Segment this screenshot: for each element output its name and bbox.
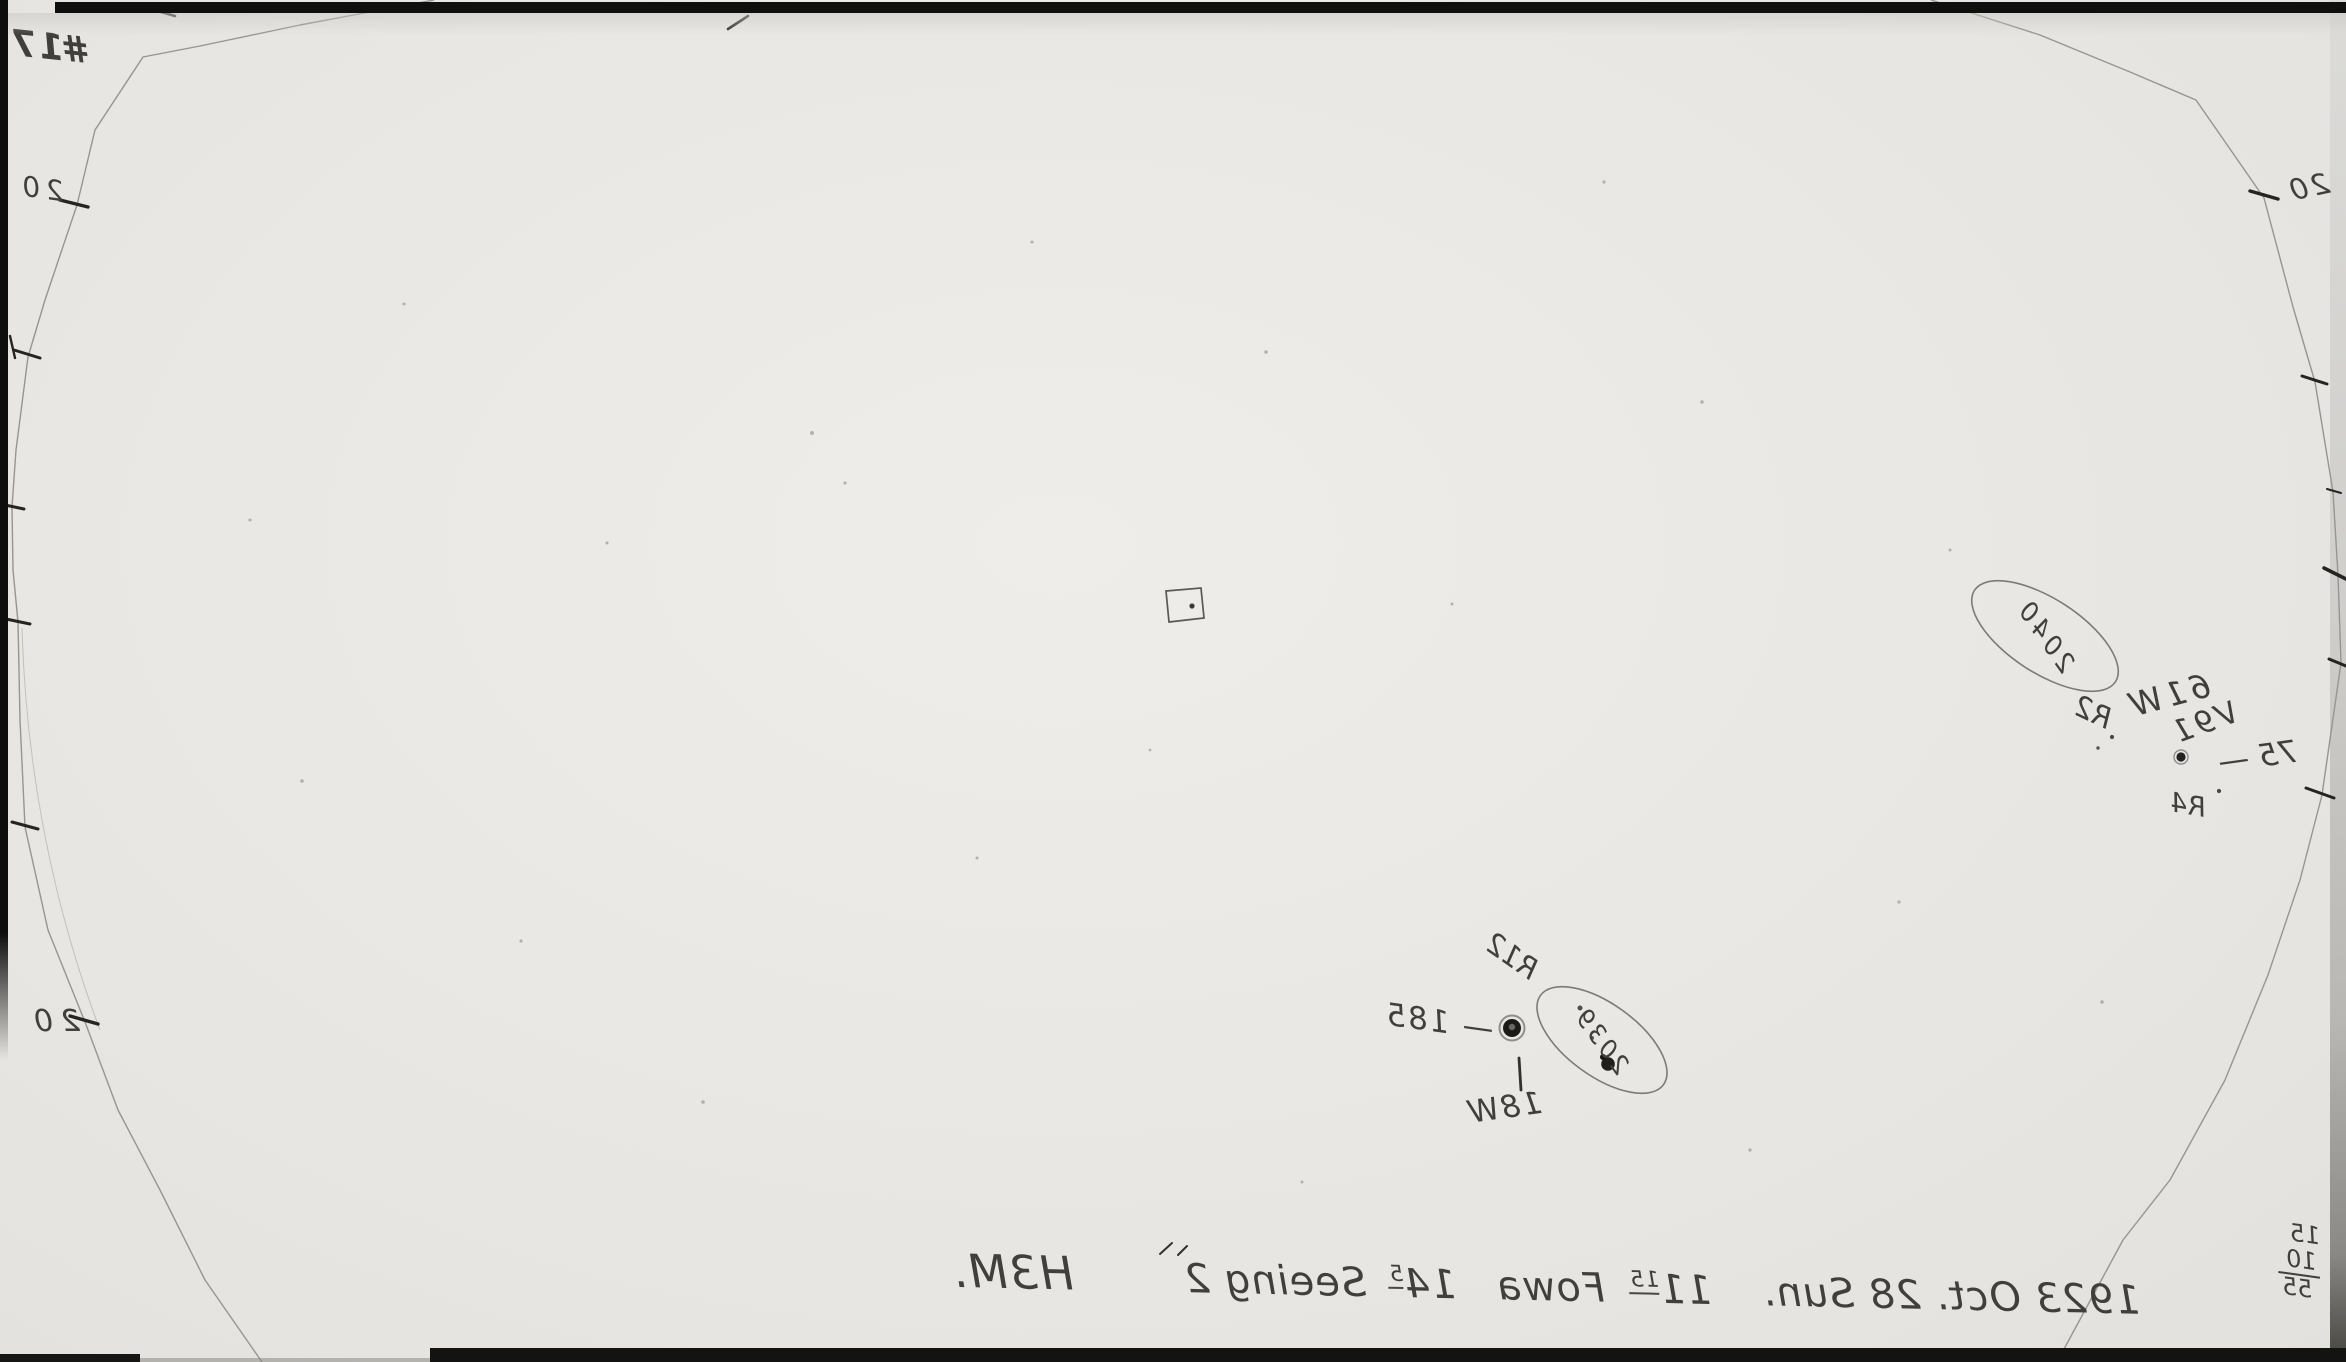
corner-calculation: 15 10 55 bbox=[2256, 1211, 2346, 1313]
limb-label-bottom-left: 20 bbox=[12, 1002, 94, 1040]
center-calibration-square bbox=[1166, 588, 1204, 622]
scan-specks bbox=[249, 180, 2104, 1183]
seeing-note: Seeing 2 bbox=[1183, 1256, 1367, 1306]
scan-left-border bbox=[0, 0, 8, 1060]
observation-number: 145 bbox=[1388, 1261, 1457, 1309]
scan-bottom-border-left bbox=[0, 1354, 140, 1362]
corner-calculation-row3: 55 bbox=[2280, 1274, 2314, 1304]
solar-disk-drawing bbox=[0, 0, 2346, 1362]
scanned-solar-drawing: { "plate": { "corner_id": "#17" }, "limb… bbox=[0, 0, 2346, 1362]
scan-bottom-border-mid bbox=[140, 1358, 430, 1362]
limb-ticks-right bbox=[2250, 191, 2346, 798]
group-2040-mark-dash: 75 — bbox=[2217, 726, 2299, 788]
observation-word: Fowa bbox=[1496, 1263, 1606, 1311]
scan-top-border bbox=[55, 2, 2346, 13]
observer-initials: H3M. bbox=[951, 1244, 1074, 1301]
observation-date: 1923 Oct. 28 Sun. bbox=[1761, 1269, 2140, 1324]
limb-ticks-left bbox=[0, 200, 98, 1024]
observation-time: 1115 bbox=[1628, 1266, 1712, 1314]
observation-time-minutes: 15 bbox=[1629, 1267, 1660, 1295]
top-edge-marks bbox=[154, 10, 1187, 1255]
scan-bottom-border-right bbox=[430, 1348, 2346, 1362]
observation-number-sup: 5 bbox=[1388, 1262, 1404, 1289]
scan-top-border-shadow bbox=[0, 13, 2346, 35]
group-2040-mark-r4: R4 bbox=[2161, 779, 2216, 831]
